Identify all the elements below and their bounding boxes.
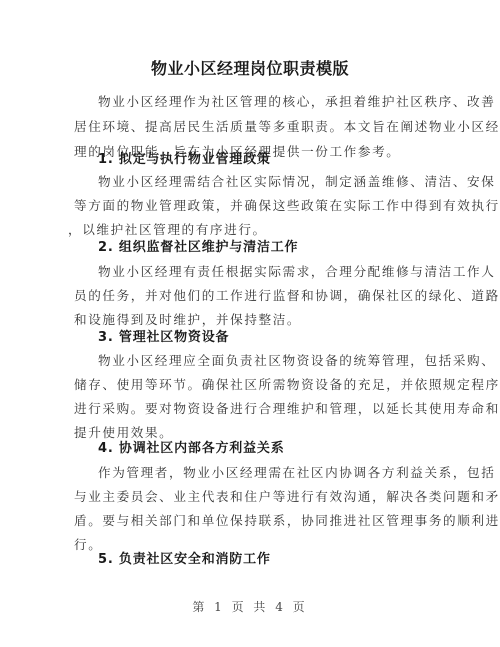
section-4-line-3: 盾。要与相关部门和单位保持联系，协同推进社区管理事务的顺利进: [74, 513, 420, 529]
section-5-heading: 5. 负责社区安全和消防工作: [98, 552, 271, 568]
section-1-line-1: 物业小区经理需结合社区实际情况，制定涵盖维修、清洁、安保: [98, 174, 420, 190]
section-4-line-4: 行。: [74, 537, 420, 553]
section-4-heading: 4. 协调社区内部各方利益关系: [98, 441, 285, 457]
section-3-line-3: 进行采购。要对物资设备进行合理维护和管理，以延长其使用寿命和: [74, 401, 420, 417]
section-4-line-1: 作为管理者，物业小区经理需在社区内协调各方利益关系，包括: [98, 465, 420, 481]
section-1-line-3: ，以维护社区管理的有序进行。: [68, 222, 414, 238]
section-2-line-3: 和设施得到及时维护，并保持整洁。: [74, 312, 420, 328]
document-title: 物业小区经理岗位职责模版: [0, 59, 500, 79]
section-2-heading: 2. 组织监督社区维护与清洁工作: [98, 240, 298, 256]
intro-line-2: 居住环境、提高居民生活质量等多重职责。本文旨在阐述物业小区经: [74, 119, 420, 135]
section-3-heading: 3. 管理社区物资设备: [98, 330, 229, 346]
page-footer: 第 1 页 共 4 页: [0, 599, 500, 615]
section-3-line-2: 储存、使用等环节。确保社区所需物资设备的充足，并依照规定程序: [74, 377, 420, 393]
section-4-line-2: 与业主委员会、业主代表和住户等进行有效沟通，解决各类问题和矛: [74, 489, 420, 505]
section-1-line-2: 等方面的物业管理政策，并确保这些政策在实际工作中得到有效执行: [74, 198, 420, 214]
section-1-heading: 1. 拟定与执行物业管理政策: [98, 152, 271, 168]
intro-line-1: 物业小区经理作为社区管理的核心，承担着维护社区秩序、改善: [98, 94, 420, 110]
document-page: 物业小区经理岗位职责模版 物业小区经理作为社区管理的核心，承担着维护社区秩序、改…: [0, 0, 500, 647]
section-2-line-1: 物业小区经理有责任根据实际需求，合理分配维修与清洁工作人: [98, 264, 420, 280]
section-3-line-4: 提升使用效果。: [74, 425, 420, 441]
section-2-line-2: 员的任务，并对他们的工作进行监督和协调，确保社区的绿化、道路: [74, 288, 420, 304]
section-3-line-1: 物业小区经理应全面负责社区物资设备的统筹管理，包括采购、: [98, 353, 420, 369]
